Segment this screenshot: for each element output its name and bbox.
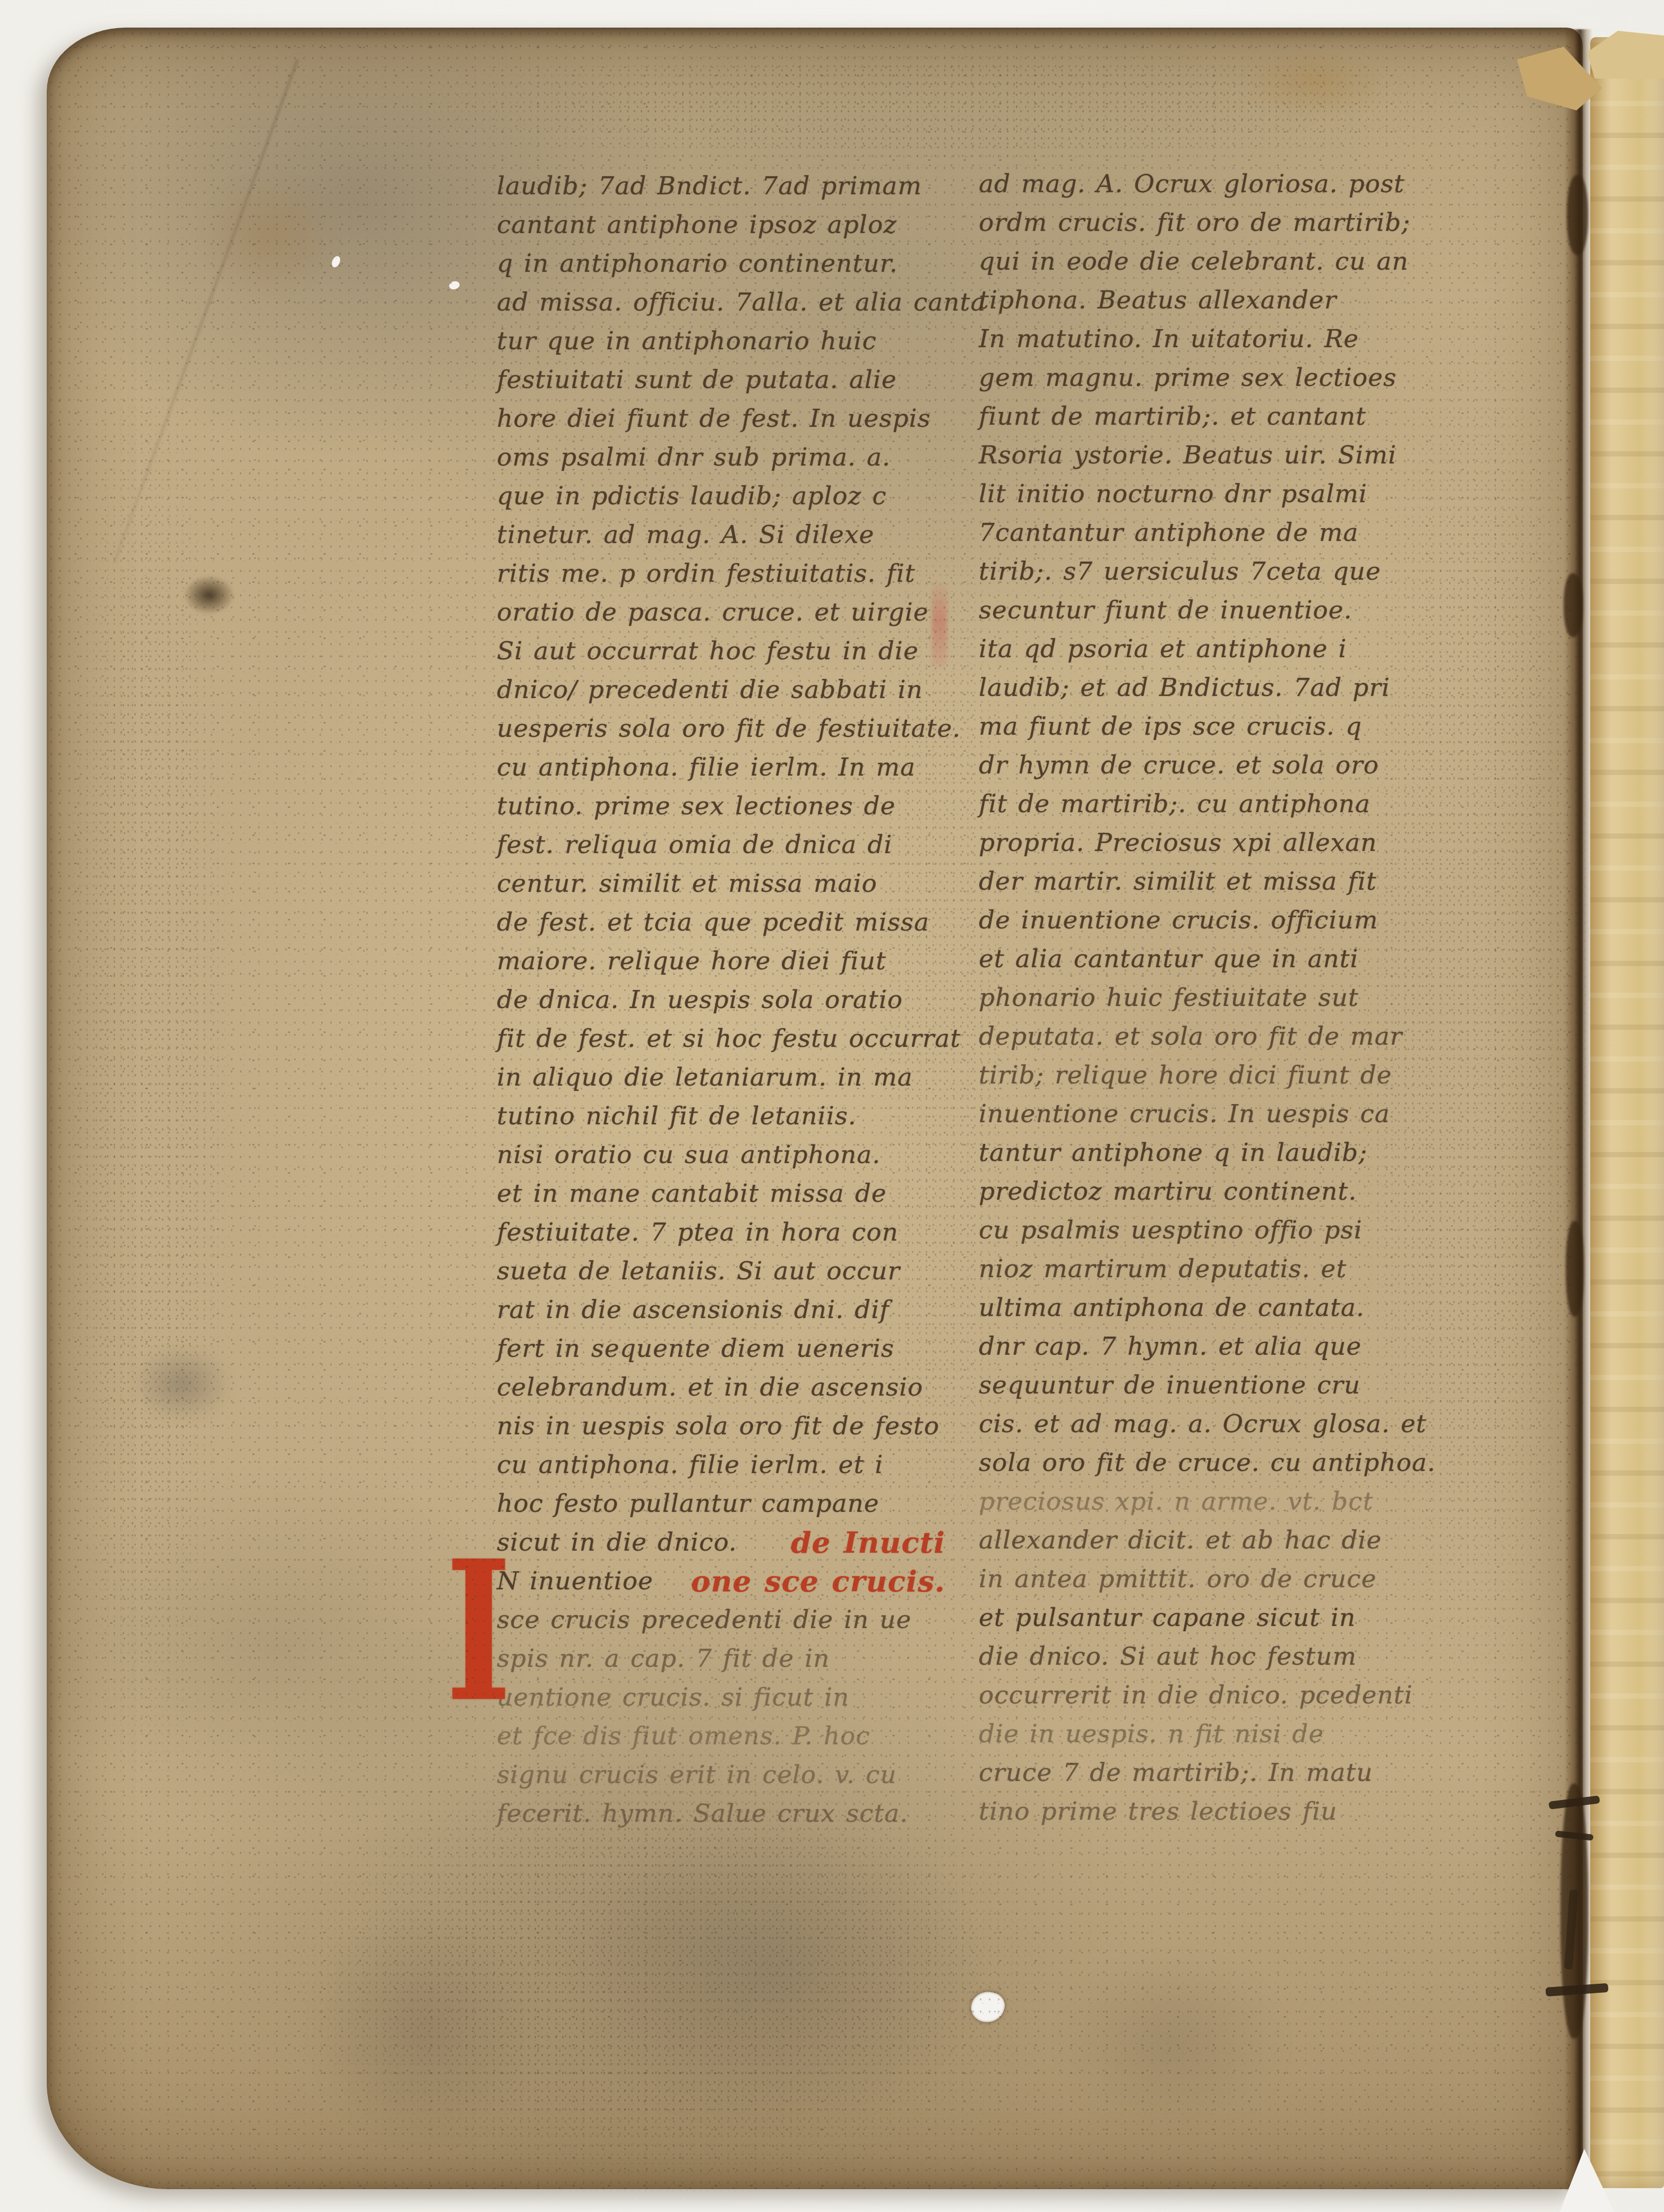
body-text: cu antiphona. filie ierlm. In ma	[497, 753, 916, 782]
body-text: q in antiphonario continentur.	[497, 249, 898, 278]
text-line: gem magnu. prime sex lectioes	[979, 358, 1446, 397]
text-line: tinetur. ad mag. A. Si dilexe	[497, 515, 945, 554]
body-text: tino prime tres lectioes fiu	[979, 1797, 1338, 1826]
text-line: ita qd psoria et antiphone i	[979, 630, 1446, 668]
body-text: qui in eode die celebrant. cu an	[979, 247, 1409, 276]
text-line: cruce 7 de martirib;. In matu	[979, 1753, 1446, 1792]
gray-smudge-stain	[116, 1333, 248, 1434]
parchment-leaf: laudib; 7ad Bndict. 7ad primamcantant an…	[47, 28, 1583, 2189]
text-line: signu crucis erit in celo. v. cu	[497, 1755, 945, 1794]
scanner-background: laudib; 7ad Bndict. 7ad primamcantant an…	[0, 0, 1664, 2212]
body-text: 7cantantur antiphone de ma	[979, 518, 1359, 547]
body-text: inuentione crucis. In uespis ca	[979, 1099, 1390, 1129]
text-line: ordm crucis. fit oro de martirib;	[979, 203, 1446, 242]
text-line: et pulsantur capane sicut in	[979, 1598, 1446, 1637]
text-line: festiuitati sunt de putata. alie	[497, 360, 945, 399]
body-text: die dnico. Si aut hoc festum	[979, 1642, 1357, 1671]
text-line: dnico/ precedenti die sabbati in	[497, 670, 945, 709]
text-line: maiore. relique hore diei fiut	[497, 942, 945, 980]
text-line: Si aut occurrat hoc festu in die	[497, 632, 945, 670]
text-line: tur que in antiphonario huic	[497, 322, 945, 360]
body-text: fest. reliqua omia de dnica di	[497, 830, 892, 859]
text-line: cu antiphona. filie ierlm. In ma	[497, 748, 945, 787]
rubric-initial-letter: I	[446, 1544, 493, 1736]
body-text: nioz martirum deputatis. et	[979, 1254, 1347, 1284]
text-line: rat in die ascensionis dni. dif	[497, 1290, 945, 1329]
body-text: dr hymn de cruce. et sola oro	[979, 751, 1379, 780]
text-line: nioz martirum deputatis. et	[979, 1250, 1446, 1288]
text-line: oratio de pasca. cruce. et uirgie	[497, 593, 945, 632]
body-text: nisi oratio cu sua antiphona.	[497, 1140, 881, 1169]
text-line: der martir. similit et missa fit	[979, 862, 1446, 901]
body-text: ordm crucis. fit oro de martirib;	[979, 208, 1410, 237]
body-text: laudib; et ad Bndictus. 7ad pri	[979, 673, 1390, 702]
body-text: celebrandum. et in die ascensio	[497, 1373, 923, 1402]
text-line: die dnico. Si aut hoc festum	[979, 1637, 1446, 1676]
body-text: predictoz martiru continent.	[979, 1177, 1357, 1206]
text-line: festiuitate. 7 ptea in hora con	[497, 1213, 945, 1252]
text-line: fiunt de martirib;. et cantant	[979, 397, 1446, 436]
body-text: fecerit. hymn. Salue crux scta.	[497, 1799, 908, 1828]
speckle-patch	[63, 304, 232, 1843]
body-text: gem magnu. prime sex lectioes	[979, 363, 1396, 392]
text-line: hore diei fiunt de fest. In uespis	[497, 399, 945, 438]
body-text: sce crucis precedenti die in ue	[497, 1605, 911, 1634]
gutter-tear-mark	[1564, 573, 1583, 637]
text-line: q in antiphonario continentur.	[497, 244, 945, 283]
body-text: Rsoria ystorie. Beatus uir. Simi	[979, 441, 1396, 470]
body-text: allexander dicit. et ab hac die	[979, 1526, 1382, 1555]
body-text: festiuitate. 7 ptea in hora con	[497, 1218, 899, 1247]
body-text: maiore. relique hore diei fiut	[497, 946, 886, 976]
body-text: uesperis sola oro fit de festiuitate.	[497, 714, 961, 743]
text-line: ritis me. p ordin festiuitatis. fit	[497, 554, 945, 593]
text-line: phonario huic festiuitate sut	[979, 978, 1446, 1017]
body-text: ma fiunt de ips sce crucis. q	[979, 712, 1362, 741]
text-line: sueta de letaniis. Si aut occur	[497, 1252, 945, 1290]
body-text: propria. Preciosus xpi allexan	[979, 828, 1377, 857]
text-line: ultima antiphona de cantata.	[979, 1288, 1446, 1327]
body-text: oms psalmi dnr sub prima. a.	[497, 443, 891, 472]
text-line: in aliquo die letaniarum. in ma	[497, 1058, 945, 1097]
rubric-text: de Inucti	[791, 1523, 945, 1562]
text-line: 7cantantur antiphone de ma	[979, 513, 1446, 552]
text-line: oms psalmi dnr sub prima. a.	[497, 438, 945, 477]
text-line: N inuentioeone sce crucis.	[497, 1562, 945, 1600]
text-line: et alia cantantur que in anti	[979, 940, 1446, 978]
text-line: dr hymn de cruce. et sola oro	[979, 746, 1446, 785]
body-text: cu antiphona. filie ierlm. et i	[497, 1450, 883, 1479]
text-line: qui in eode die celebrant. cu an	[979, 242, 1446, 281]
surface-fleck	[448, 280, 460, 291]
body-text: deputata. et sola oro fit de mar	[979, 1022, 1402, 1051]
text-line: tutino. prime sex lectiones de	[497, 787, 945, 825]
text-line: propria. Preciosus xpi allexan	[979, 823, 1446, 862]
speckle-patch	[376, 44, 1517, 171]
text-column-left: laudib; 7ad Bndict. 7ad primamcantant an…	[497, 167, 945, 1833]
body-text: tutino. prime sex lectiones de	[497, 791, 895, 821]
text-line: fert in sequente diem ueneris	[497, 1329, 945, 1368]
body-text: de fest. et tcia que pcedit missa	[497, 908, 929, 937]
text-line: fecerit. hymn. Salue crux scta.	[497, 1794, 945, 1833]
bottom-right-stain	[1023, 1928, 1321, 2156]
text-line: allexander dicit. et ab hac die	[979, 1521, 1446, 1560]
body-text: tirib; relique hore dici fiunt de	[979, 1061, 1392, 1090]
text-line: fit de fest. et si hoc festu occurrat	[497, 1019, 945, 1058]
text-line: die in uespis. n fit nisi de	[979, 1715, 1446, 1753]
text-line: de dnica. In uespis sola oratio	[497, 980, 945, 1019]
text-line: in antea pmittit. oro de cruce	[979, 1560, 1446, 1598]
text-line: celebrandum. et in die ascensio	[497, 1368, 945, 1407]
text-line: que in pdictis laudib; aploz c	[497, 477, 945, 515]
text-line: ma fiunt de ips sce crucis. q	[979, 707, 1446, 746]
text-line: nisi oratio cu sua antiphona.	[497, 1135, 945, 1174]
body-text: dnr cap. 7 hymn. et alia que	[979, 1332, 1361, 1361]
body-text: cantant antiphone ipsoz aploz	[497, 210, 897, 239]
body-text: ritis me. p ordin festiuitatis. fit	[497, 559, 916, 588]
text-line: predictoz martiru continent.	[979, 1172, 1446, 1211]
text-line: ad mag. A. Ocrux gloriosa. post	[979, 165, 1446, 203]
text-line: et in mane cantabit missa de	[497, 1174, 945, 1213]
body-text: cu psalmis uesptino offio psi	[979, 1216, 1363, 1245]
body-text: cis. et ad mag. a. Ocrux glosa. et	[979, 1409, 1427, 1439]
body-text: hoc festo pullantur campane	[497, 1489, 880, 1518]
body-text: ita qd psoria et antiphone i	[979, 634, 1347, 664]
body-text: secuntur fiunt de inuentioe.	[979, 596, 1352, 625]
body-text: tur que in antiphonario huic	[497, 326, 877, 356]
text-line: fit de martirib;. cu antiphona	[979, 785, 1446, 823]
body-text: hore diei fiunt de fest. In uespis	[497, 404, 931, 433]
text-line: tiphona. Beatus allexander	[979, 281, 1446, 320]
body-text: de dnica. In uespis sola oratio	[497, 985, 903, 1014]
text-line: de fest. et tcia que pcedit missa	[497, 903, 945, 942]
text-line: de inuentione crucis. officium	[979, 901, 1446, 940]
body-text: in antea pmittit. oro de cruce	[979, 1564, 1377, 1594]
rubric-text: one sce crucis.	[691, 1562, 945, 1600]
text-line: tino prime tres lectioes fiu	[979, 1792, 1446, 1831]
body-text: nis in uespis sola oro fit de festo	[497, 1411, 939, 1441]
body-text: ultima antiphona de cantata.	[979, 1293, 1365, 1322]
gutter-tear-mark	[1566, 1221, 1584, 1316]
text-line: uesperis sola oro fit de festiuitate.	[497, 709, 945, 748]
body-text: sueta de letaniis. Si aut occur	[497, 1256, 900, 1286]
text-line: tantur antiphone q in laudib;	[979, 1133, 1446, 1172]
text-line: nis in uespis sola oro fit de festo	[497, 1407, 945, 1445]
bottom-left-stain	[275, 1870, 572, 2188]
corner-stain	[179, 155, 360, 314]
body-text: lit initio nocturno dnr psalmi	[979, 479, 1367, 509]
body-text: tinetur. ad mag. A. Si dilexe	[497, 520, 874, 549]
text-line: Rsoria ystorie. Beatus uir. Simi	[979, 436, 1446, 475]
text-line: laudib; 7ad Bndict. 7ad primam	[497, 167, 945, 205]
text-line: tirib;. s7 uersiculus 7ceta que	[979, 552, 1446, 591]
ink-spot-stain	[184, 575, 235, 615]
body-text: sequuntur de inuentione cru	[979, 1371, 1360, 1400]
text-line: sce crucis precedenti die in ue	[497, 1600, 945, 1639]
body-text: Si aut occurrat hoc festu in die	[497, 636, 919, 666]
corner-crease	[113, 59, 299, 564]
text-line: cu psalmis uesptino offio psi	[979, 1211, 1446, 1250]
text-line: et fce dis fiut omens. P. hoc	[497, 1717, 945, 1755]
text-column-right: ad mag. A. Ocrux gloriosa. postordm cruc…	[979, 165, 1446, 1831]
body-text: occurrerit in die dnico. pcedenti	[979, 1681, 1413, 1710]
body-text: in aliquo die letaniarum. in ma	[497, 1063, 913, 1092]
body-text: ad mag. A. Ocrux gloriosa. post	[979, 169, 1404, 199]
body-text: phonario huic festiuitate sut	[979, 983, 1359, 1012]
text-line: secuntur fiunt de inuentioe.	[979, 591, 1446, 630]
gutter-tear-mark	[1567, 175, 1588, 255]
text-line: centur. similit et missa maio	[497, 864, 945, 903]
text-line: preciosus xpi. n arme. vt. bct	[979, 1482, 1446, 1521]
text-line: dnr cap. 7 hymn. et alia que	[979, 1327, 1446, 1366]
body-text: die in uespis. n fit nisi de	[979, 1719, 1324, 1749]
text-line: ad missa. officiu. 7alla. et alia canta	[497, 283, 945, 322]
text-line: sequuntur de inuentione cru	[979, 1366, 1446, 1405]
parchment-hole	[968, 1988, 1007, 2026]
body-text: fit de martirib;. cu antiphona	[979, 789, 1370, 819]
text-line: In matutino. In uitatoriu. Re	[979, 320, 1446, 358]
text-line: cis. et ad mag. a. Ocrux glosa. et	[979, 1405, 1446, 1443]
body-text: et alia cantantur que in anti	[979, 944, 1359, 974]
adjacent-page-edge	[1590, 37, 1664, 2188]
body-text: et pulsantur capane sicut in	[979, 1603, 1356, 1632]
body-text: et in mane cantabit missa de	[497, 1179, 887, 1208]
text-line: lit initio nocturno dnr psalmi	[979, 475, 1446, 513]
body-text: sicut in die dnico.	[497, 1523, 737, 1562]
text-line: sicut in die dnico.de Inucti	[497, 1523, 945, 1562]
body-text: tutino nichil fit de letaniis.	[497, 1101, 857, 1131]
text-line: uentione crucis. si ficut in	[497, 1678, 945, 1717]
body-text: fert in sequente diem ueneris	[497, 1334, 894, 1363]
text-line: occurrerit in die dnico. pcedenti	[979, 1676, 1446, 1715]
text-line: cu antiphona. filie ierlm. et i	[497, 1445, 945, 1484]
body-text: que in pdictis laudib; aploz c	[497, 481, 887, 511]
body-text: In matutino. In uitatoriu. Re	[979, 324, 1359, 354]
top-edge-stain	[1220, 38, 1411, 128]
body-text: der martir. similit et missa fit	[979, 867, 1377, 896]
body-text: preciosus xpi. n arme. vt. bct	[979, 1487, 1374, 1516]
body-text: oratio de pasca. cruce. et uirgie	[497, 598, 929, 627]
body-text: et fce dis fiut omens. P. hoc	[497, 1722, 870, 1751]
body-text: tirib;. s7 uersiculus 7ceta que	[979, 557, 1381, 586]
text-line: deputata. et sola oro fit de mar	[979, 1017, 1446, 1056]
body-text: spis nr. a cap. 7 fit de in	[497, 1644, 830, 1673]
body-text: sola oro fit de cruce. cu antiphoa.	[979, 1448, 1436, 1477]
body-text: uentione crucis. si ficut in	[497, 1683, 849, 1712]
body-text: tiphona. Beatus allexander	[979, 286, 1337, 315]
text-line: sola oro fit de cruce. cu antiphoa.	[979, 1443, 1446, 1482]
surface-fleck	[330, 255, 342, 269]
text-line: spis nr. a cap. 7 fit de in	[497, 1639, 945, 1678]
body-text: dnico/ precedenti die sabbati in	[497, 675, 923, 704]
text-line: inuentione crucis. In uespis ca	[979, 1095, 1446, 1133]
text-line: cantant antiphone ipsoz aploz	[497, 205, 945, 244]
body-text: centur. similit et missa maio	[497, 869, 877, 898]
text-line: fest. reliqua omia de dnica di	[497, 825, 945, 864]
body-text: fit de fest. et si hoc festu occurrat	[497, 1024, 961, 1053]
text-line: tirib; relique hore dici fiunt de	[979, 1056, 1446, 1095]
text-line: hoc festo pullantur campane	[497, 1484, 945, 1523]
body-text: de inuentione crucis. officium	[979, 906, 1378, 935]
text-line: laudib; et ad Bndictus. 7ad pri	[979, 668, 1446, 707]
body-text: signu crucis erit in celo. v. cu	[497, 1760, 897, 1789]
body-text: cruce 7 de martirib;. In matu	[979, 1758, 1373, 1787]
body-text: ad missa. officiu. 7alla. et alia canta	[497, 288, 986, 317]
body-text: rat in die ascensionis dni. dif	[497, 1295, 890, 1324]
body-text: fiunt de martirib;. et cantant	[979, 402, 1366, 431]
text-line: tutino nichil fit de letaniis.	[497, 1097, 945, 1135]
body-text: festiuitati sunt de putata. alie	[497, 365, 897, 394]
body-text: laudib; 7ad Bndict. 7ad primam	[497, 171, 922, 201]
body-text: tantur antiphone q in laudib;	[979, 1138, 1367, 1167]
body-text: N inuentioe	[497, 1562, 653, 1600]
